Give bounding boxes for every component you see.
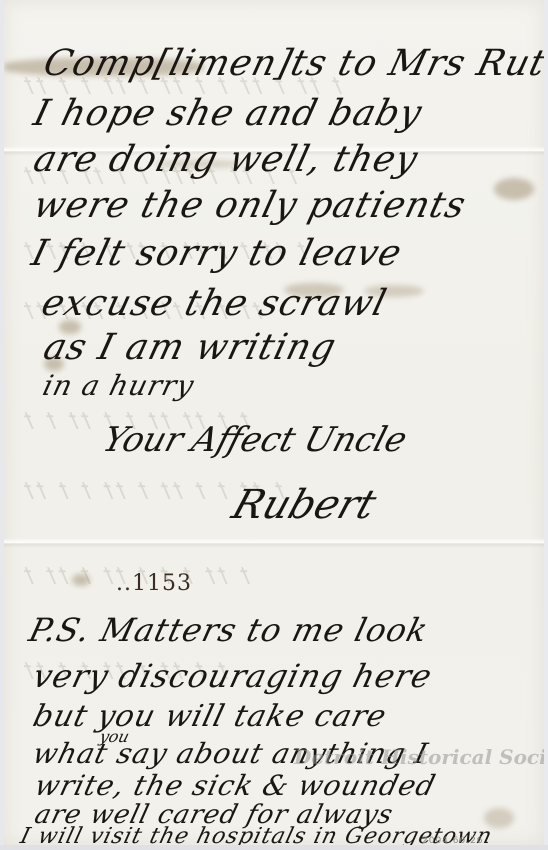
letter-line: were the only patients	[30, 188, 470, 224]
letter-line: in a hurry	[40, 372, 197, 400]
postscript-line: but you will take care	[30, 702, 390, 732]
letter-line: I felt sorry to leave	[28, 236, 406, 272]
letter-line: excuse the scrawl	[38, 286, 390, 322]
watermark: Detroit Historical Society	[294, 745, 544, 769]
letter-line: as I am writing	[40, 330, 340, 366]
paper-fold	[4, 538, 544, 548]
scan-edge-bottom	[0, 845, 548, 850]
postscript-line: very discouraging here	[30, 660, 436, 692]
letter-line: I hope she and baby	[30, 96, 426, 132]
postscript-line: write, the sick & wounded	[32, 772, 439, 800]
ink-stain	[72, 574, 90, 586]
letter-line: Comp[limen]ts to Mrs Rutter	[40, 46, 544, 82]
scan-edge-right	[544, 0, 548, 850]
letter-line: are doing well, they	[30, 142, 422, 178]
letter-page: ꝉ ꝉꝉ ꝉ ꝉꝉ ꝉ ꝉ ꝉꝉ ꝉ ꝉꝉ ꝉ ꝉ ꝉꝉ ꝉ ꝉ ꝉꝉ ꝉ ꝉꝉ…	[4, 0, 544, 845]
postscript-line: P.S. Matters to me look	[26, 614, 432, 646]
letter-closing: Your Affect Uncle	[98, 420, 411, 460]
ink-stain	[494, 178, 534, 200]
letter-signature: Rubert	[227, 482, 382, 528]
stray-marks: ..1153	[116, 573, 192, 595]
catalog-number: 2004.60.26	[422, 836, 484, 845]
